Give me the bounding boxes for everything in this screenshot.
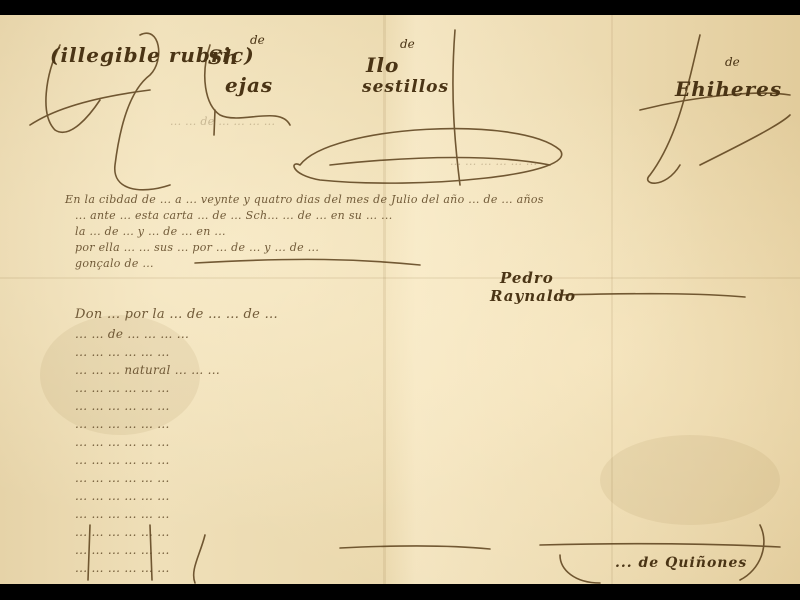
signature-line: Ilo	[366, 53, 399, 77]
paragraph-2-line: ... ... ... natural ... ... ...	[75, 363, 220, 377]
center-signature-line: Raynaldo	[490, 287, 576, 305]
signature-line: sestillos	[362, 77, 449, 97]
paragraph-1-line: gonçalo de ...	[75, 257, 154, 270]
signature-line: Ehiheres	[675, 77, 782, 101]
paragraph-2-line: ... ... ... ... ... ...	[75, 417, 170, 431]
paragraph-1-line: por ella ... ... sus ... por ... de ... …	[75, 241, 319, 254]
manuscript-page: (illegible rubric) de Sh ejas de Ilo ses…	[0, 15, 800, 584]
paragraph-2-line: ... ... ... ... ... ...	[75, 435, 170, 449]
paragraph-2-line: Don ... por la ... de ... ... de ...	[75, 307, 278, 322]
paragraph-2-line: ... ... ... ... ... ...	[75, 471, 170, 485]
paragraph-2-line: ... ... ... ... ... ...	[75, 561, 170, 575]
signature-prefix: de	[250, 33, 265, 47]
paragraph-2-line: ... ... ... ... ... ...	[75, 507, 170, 521]
signature-line: ejas	[225, 73, 273, 97]
paragraph-1-line: ... ante ... esta carta ... de ... Sch..…	[75, 209, 393, 222]
signature-prefix: de	[400, 37, 415, 51]
paragraph-2-line: ... ... ... ... ... ...	[75, 399, 170, 413]
paragraph-2-line: ... ... de ... ... ... ...	[75, 327, 189, 341]
signature-prefix: de	[725, 55, 740, 69]
paragraph-2-line: ... ... ... ... ... ...	[75, 453, 170, 467]
letterbox-top	[0, 0, 800, 15]
bleed-through-text: ... ... de ... ... ... ...	[170, 115, 275, 128]
paragraph-2-line: ... ... ... ... ... ...	[75, 381, 170, 395]
paragraph-2-line: ... ... ... ... ... ...	[75, 345, 170, 359]
paragraph-2-line: ... ... ... ... ... ...	[75, 525, 170, 539]
bottom-signature: ... de Quiñones	[615, 555, 747, 571]
paragraph-1-line: la ... de ... y ... de ... en ...	[75, 225, 226, 238]
paragraph-2-line: ... ... ... ... ... ...	[75, 489, 170, 503]
center-signature-line: Pedro	[500, 269, 554, 287]
bleed-through-text: ... ... ... ... ... ...	[450, 155, 537, 168]
paragraph-1-line: En la cibdad de ... a ... veynte y quatr…	[65, 193, 544, 206]
letterbox-bottom	[0, 584, 800, 600]
paragraph-2-line: ... ... ... ... ... ...	[75, 543, 170, 557]
signature-line: Sh	[208, 45, 239, 69]
